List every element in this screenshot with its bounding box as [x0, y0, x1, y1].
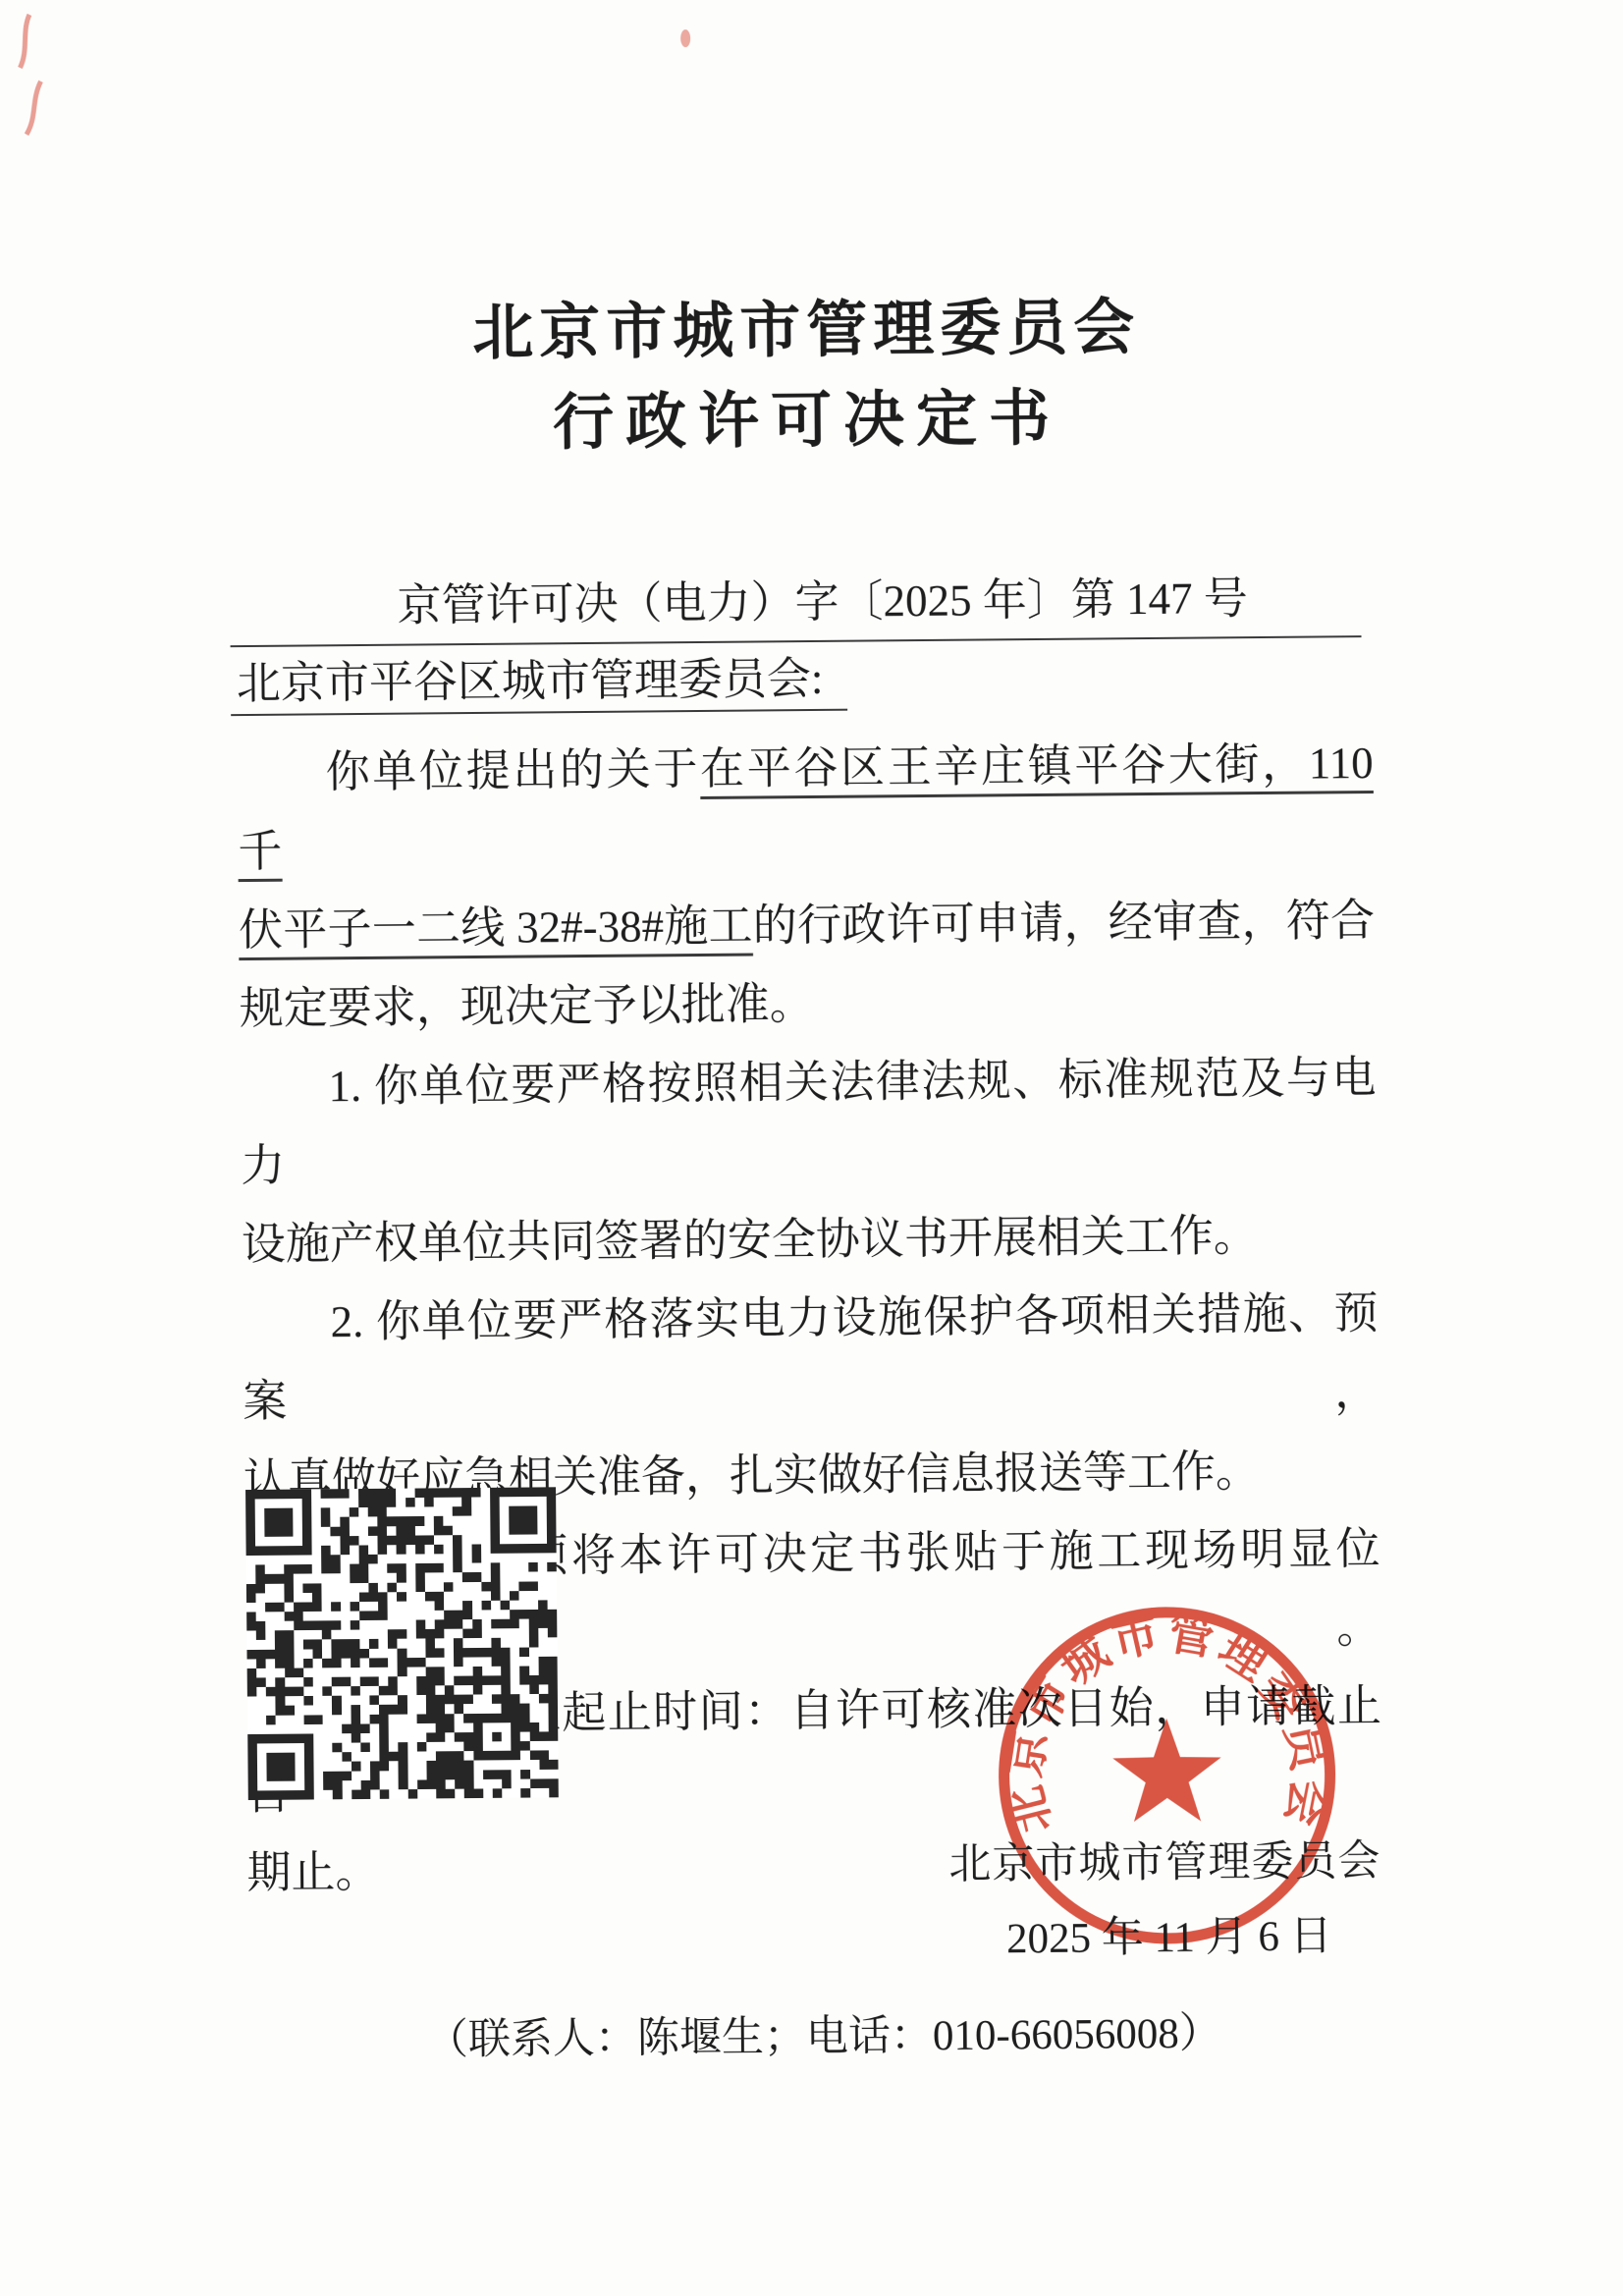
body-text: 的行政许可申请，经审查，符合	[753, 896, 1376, 951]
red-ink-scan-marks	[0, 0, 760, 213]
body-line: 设施产权单位共同签署的安全协议书开展相关工作。	[242, 1195, 1379, 1284]
underlined-text: 伏平子一二线 32#-38#施工	[239, 902, 753, 956]
contact-line: （联系人：陈堰生；电话：010-66056008）	[426, 1999, 1221, 2066]
seal-star-icon	[1112, 1718, 1221, 1822]
document-title-line2: 行政许可决定书	[0, 380, 1619, 463]
body-text: 你单位提出的关于	[325, 744, 700, 796]
body-line: 2. 你单位要严格落实电力设施保护各项相关措施、预案，	[242, 1274, 1379, 1441]
addressee: 北京市平谷区城市管理委员会:	[237, 642, 824, 711]
red-scribble-icon	[20, 15, 29, 68]
permit-document-page: 北京市城市管理委员会 行政许可决定书 京管许可决（电力）字〔2025 年〕第 1…	[0, 0, 1623, 2296]
signature-date: 2025 年 11 月 6 日	[1006, 1902, 1332, 1965]
red-dot-icon	[680, 29, 690, 47]
body-line: 你单位提出的关于在平谷区王辛庄镇平谷大街，110 千	[237, 724, 1374, 891]
body-line: 伏平子一二线 32#-38#施工的行政许可申请，经审查，符合	[239, 881, 1376, 969]
document-title-line1: 北京市城市管理委员会	[0, 290, 1618, 372]
red-scribble-icon	[27, 82, 41, 135]
body-line: 1. 你单位要严格按照相关法律法规、标准规范及与电力	[240, 1038, 1377, 1205]
body-text: 规定要求，现决定予以批准。	[240, 979, 814, 1033]
body-text: 期止。	[246, 1847, 379, 1897]
document-content: 北京市城市管理委员会 行政许可决定书 京管许可决（电力）字〔2025 年〕第 1…	[0, 0, 1623, 2296]
body-line: 规定要求，现决定予以批准。	[239, 959, 1376, 1048]
body-text: 2. 你单位要严格落实电力设施保护各项相关措施、预案，	[243, 1288, 1379, 1426]
document-number: 京管许可决（电力）字〔2025 年〕第 147 号	[11, 559, 1623, 636]
qr-code	[245, 1487, 559, 1800]
body-text: 设施产权单位共同签署的安全协议书开展相关工作。	[242, 1211, 1258, 1269]
body-text: 1. 你单位要严格按照相关法律法规、标准规范及与电力	[241, 1053, 1377, 1190]
signature-org: 北京市城市管理委员会	[948, 1828, 1381, 1891]
